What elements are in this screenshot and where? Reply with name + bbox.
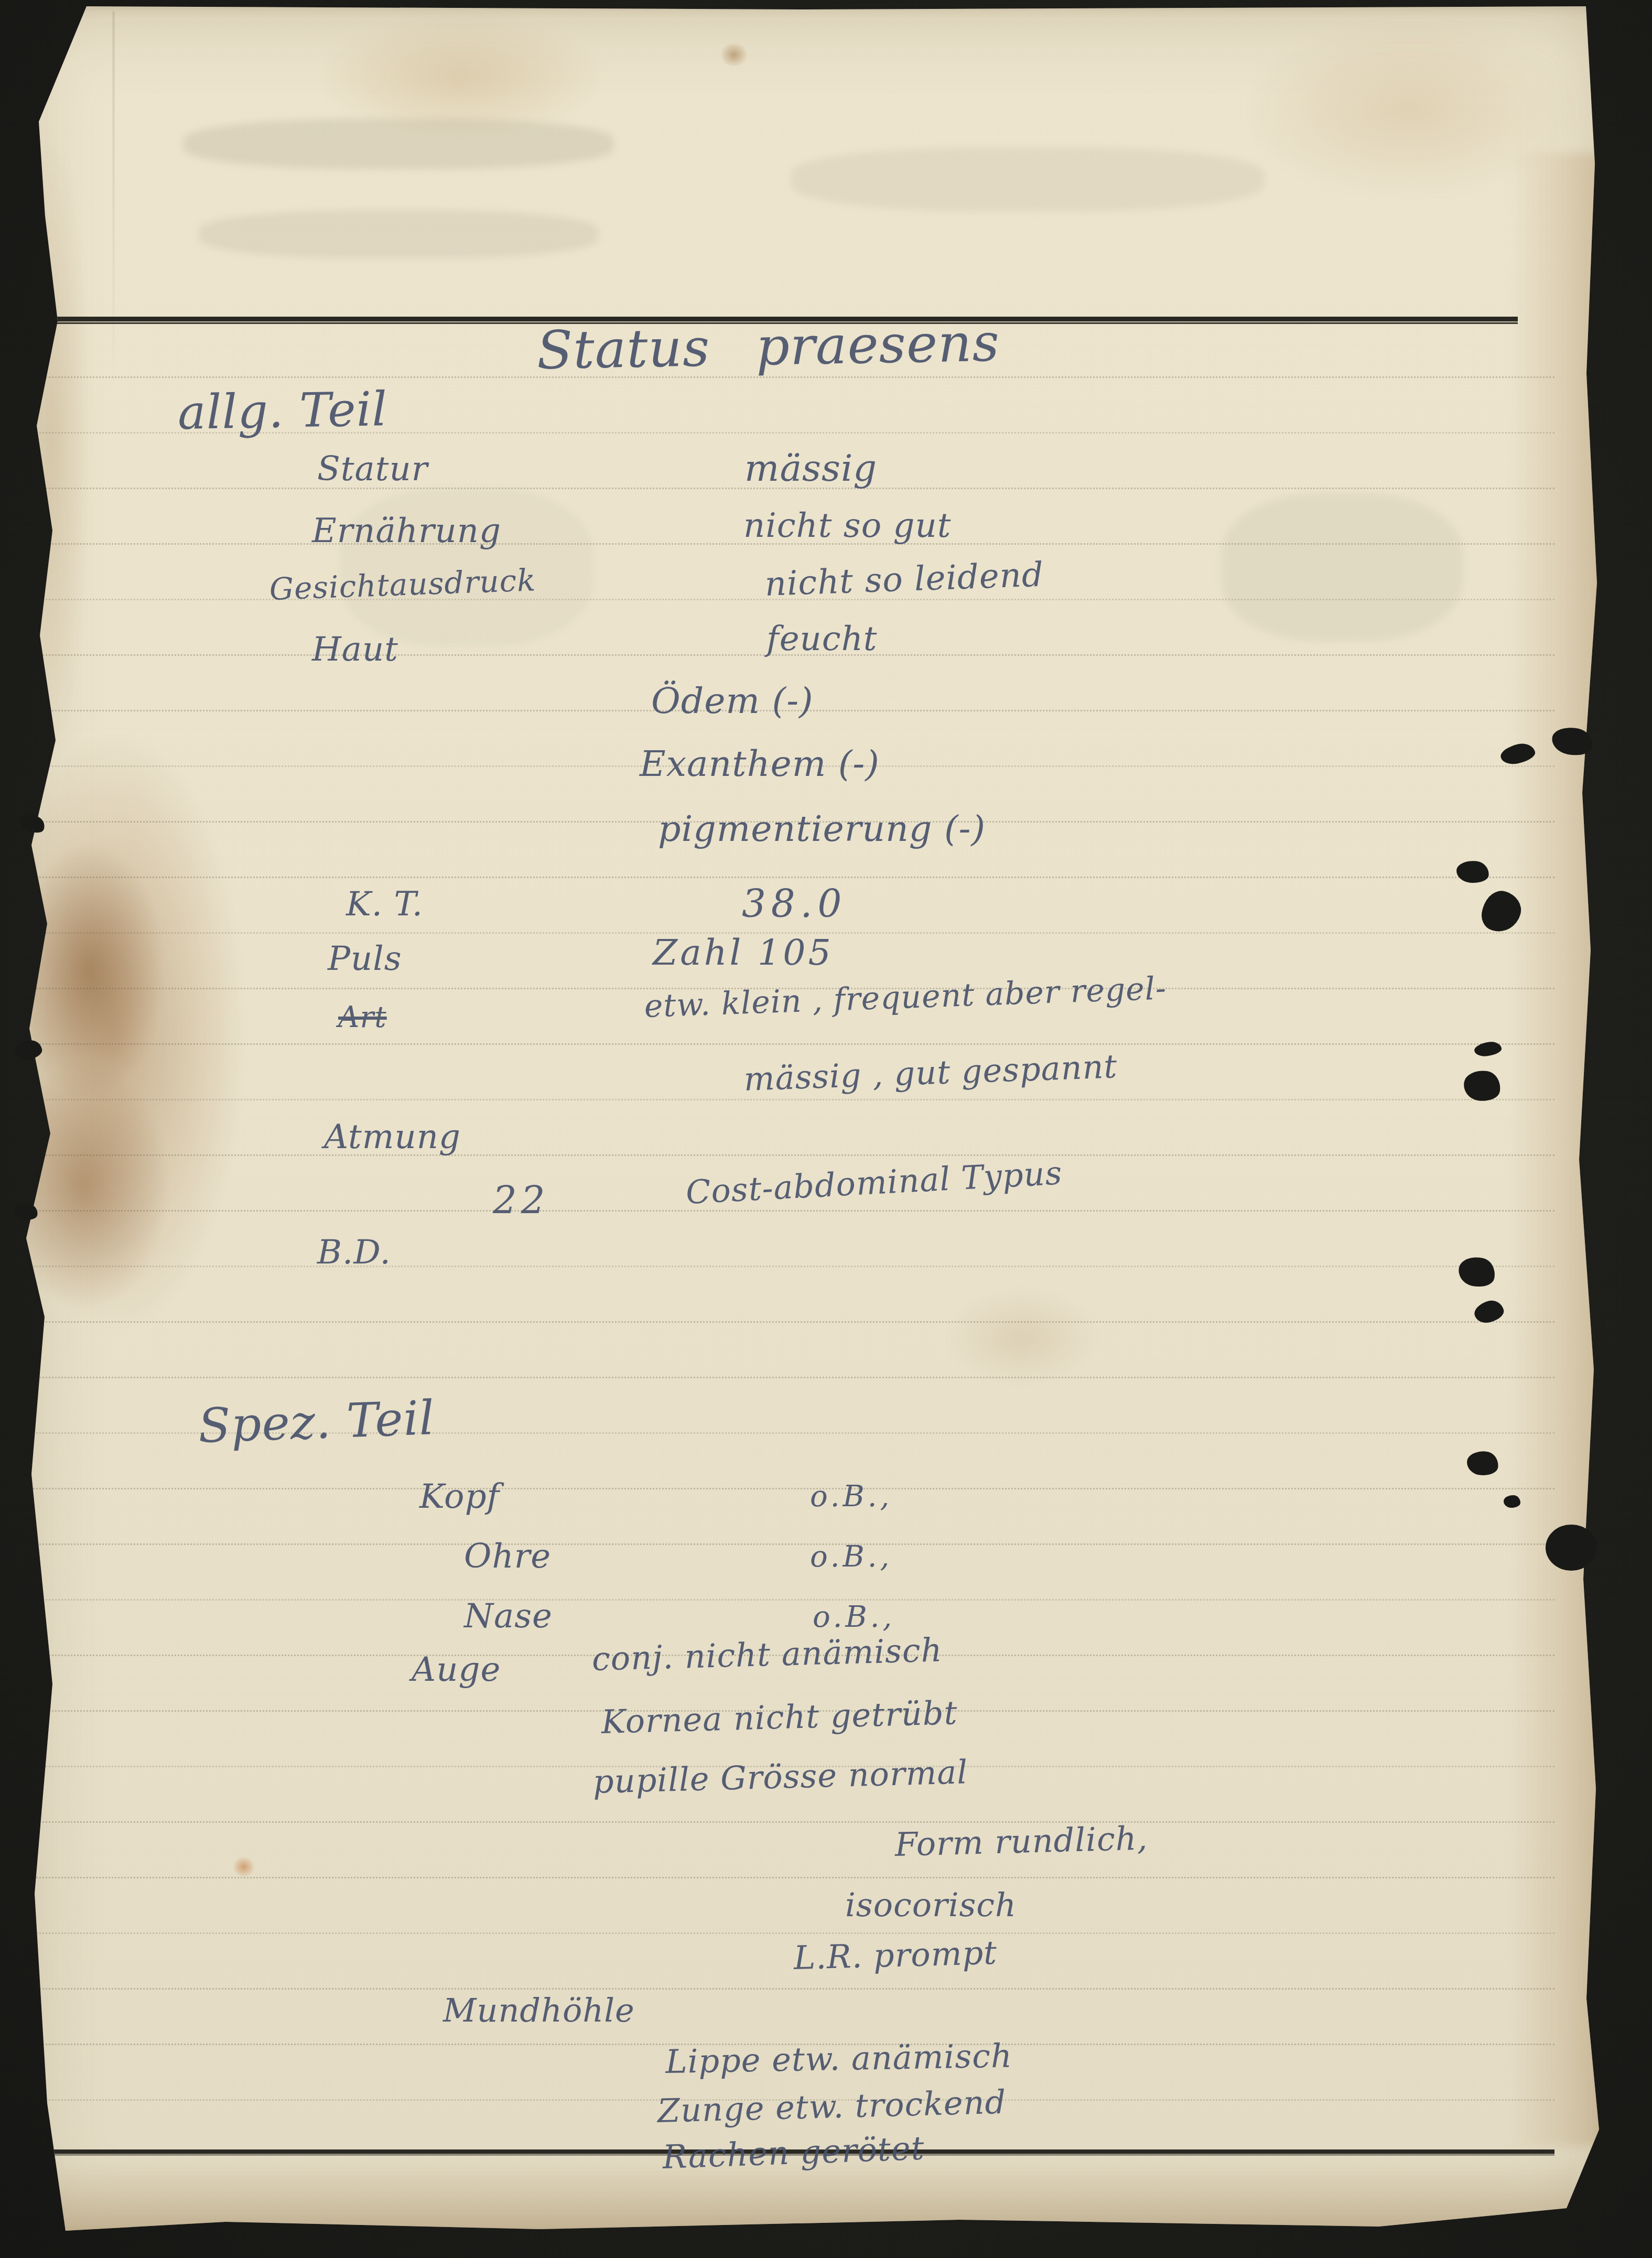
struck-word: Art — [338, 1000, 387, 1034]
pigmentierung-finding: pigmentierung (-) — [658, 808, 986, 850]
lippe-finding: Lippe etw. anämisch — [665, 2036, 1013, 2081]
photo-backdrop: Status praesens allg. Teil Statur mässig… — [0, 0, 1652, 2258]
stain — [1243, 22, 1578, 195]
ruled-line — [26, 1154, 1554, 1156]
haut-value: feucht — [766, 620, 878, 658]
page-title: Status praesens — [536, 312, 1000, 381]
bleed-through-mark — [1222, 494, 1463, 641]
punch-hole — [1546, 1525, 1597, 1571]
kt-label: K. T. — [346, 885, 423, 924]
atmung-rate-value: 22 — [493, 1179, 549, 1223]
ohre-value: o.B., — [810, 1540, 892, 1574]
statur-label: Statur — [317, 450, 428, 489]
ruled-line — [26, 1210, 1554, 1212]
stain — [233, 1857, 254, 1877]
stain — [1510, 153, 1610, 2145]
kopf-value: o.B., — [810, 1479, 892, 1514]
ruled-line — [26, 1988, 1554, 1990]
ernaehrung-label: Ernährung — [312, 512, 501, 550]
paper-crease — [113, 12, 114, 389]
bleed-through-mark — [199, 211, 598, 258]
ruled-line — [26, 1321, 1554, 1323]
stain — [949, 1291, 1096, 1385]
ernaehrung-value: nicht so gut — [743, 506, 951, 545]
ruled-line — [26, 1877, 1554, 1878]
ruled-line — [26, 1266, 1554, 1267]
ruled-line — [26, 1488, 1554, 1489]
punch-hole — [1504, 1495, 1520, 1508]
nase-label: Nase — [464, 1597, 553, 1636]
stain — [721, 43, 747, 67]
auge-label: Auge — [412, 1650, 501, 1689]
isocorisch-finding: isocorisch — [845, 1886, 1017, 1924]
ruled-line — [26, 1043, 1554, 1045]
ruled-line — [26, 1932, 1554, 1934]
ruled-line — [26, 1821, 1554, 1823]
lichtreaktion-finding: L.R. prompt — [793, 1933, 998, 1977]
pupille-form-finding: Form rundlich, — [894, 1819, 1148, 1864]
ruled-line — [26, 1543, 1554, 1545]
stain — [16, 845, 163, 1097]
mundhoehle-label: Mundhöhle — [443, 1991, 635, 2029]
nase-value: o.B., — [813, 1600, 895, 1634]
section-heading-allgemein: allg. Teil — [177, 382, 388, 440]
ruled-line — [26, 1599, 1554, 1601]
ruled-line — [26, 1099, 1554, 1100]
atmung-label: Atmung — [324, 1118, 461, 1157]
bleed-through-mark — [792, 148, 1264, 211]
kt-value: 38.0 — [742, 882, 847, 926]
ruled-line — [26, 1377, 1554, 1378]
oedem-finding: Ödem (-) — [651, 680, 814, 722]
bleed-through-mark — [183, 119, 613, 169]
bd-label: B.D. — [317, 1233, 391, 1272]
stain — [320, 17, 603, 137]
exanthem-finding: Exanthem (-) — [640, 743, 880, 785]
ohre-label: Ohre — [464, 1537, 551, 1576]
ruled-line — [26, 877, 1554, 878]
kopf-label: Kopf — [419, 1477, 500, 1516]
haut-label: Haut — [312, 630, 398, 669]
statur-value: mässig — [744, 447, 877, 490]
section-heading-speziell: Spez. Teil — [197, 1390, 435, 1454]
puls-zahl-value: Zahl 105 — [653, 932, 834, 974]
puls-label: Puls — [328, 939, 402, 978]
stain — [0, 1065, 168, 1306]
stain — [16, 2161, 1578, 2240]
